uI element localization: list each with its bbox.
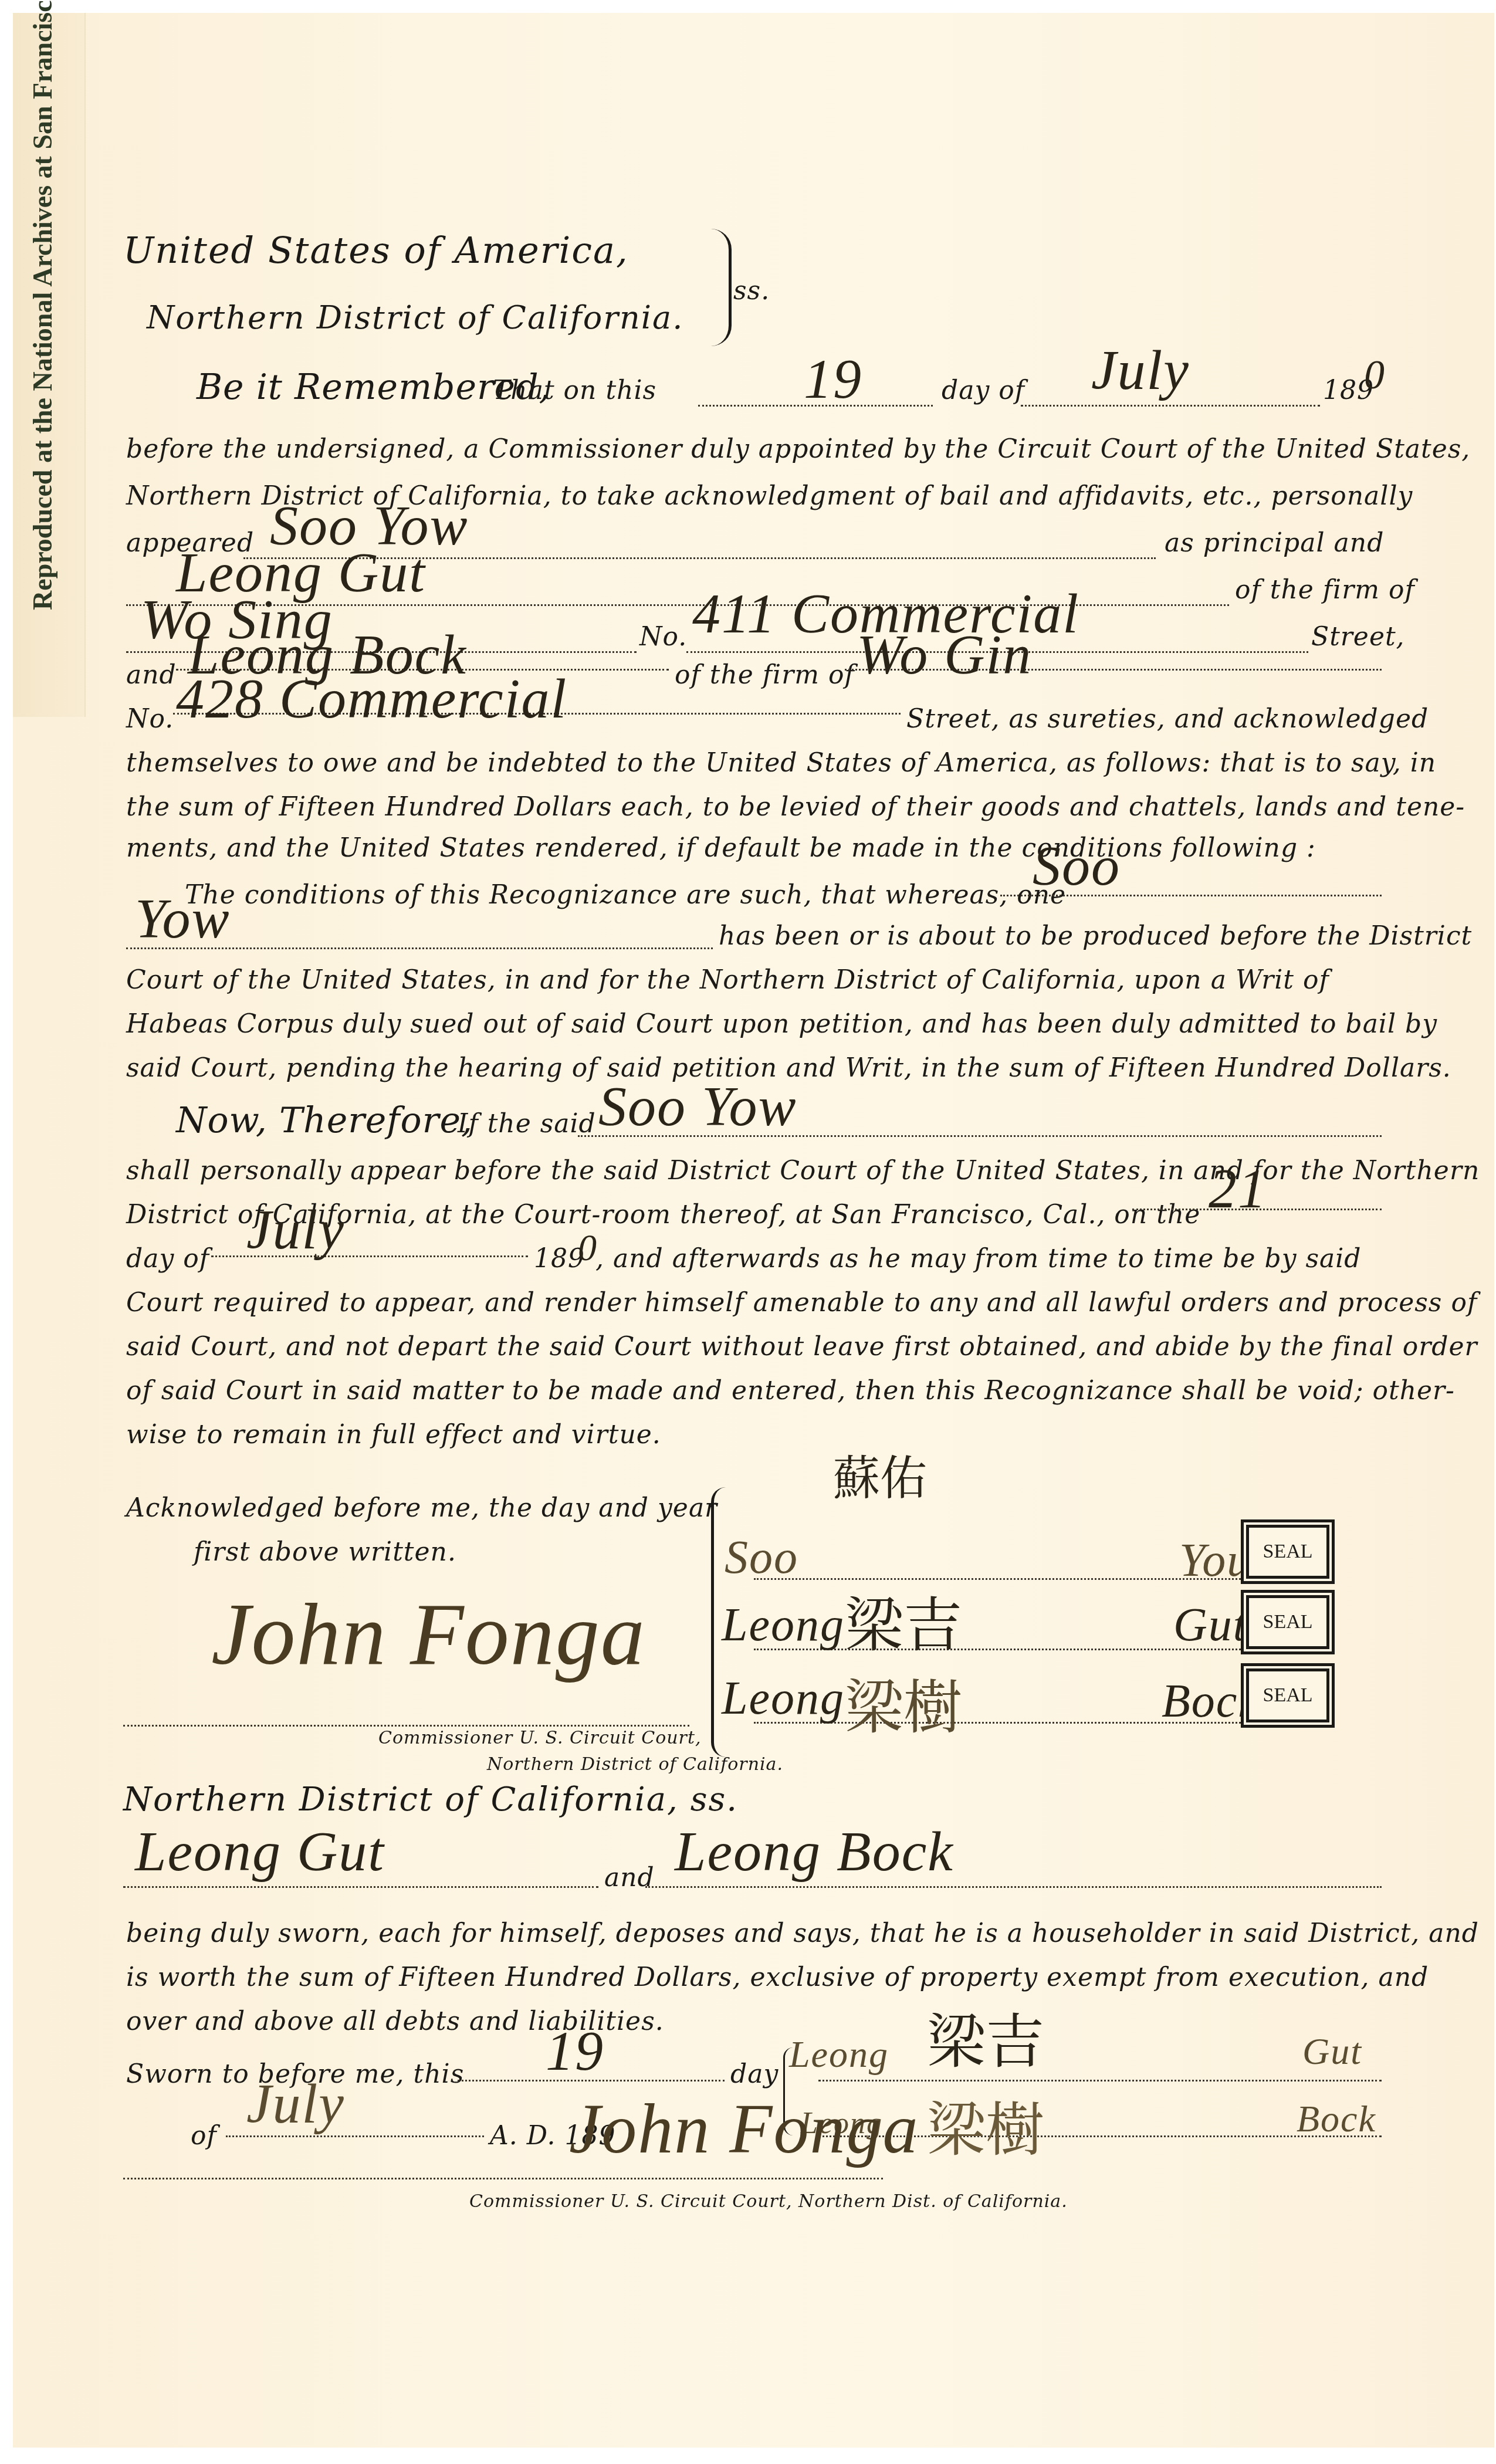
affidavit-surety1-value[interactable]: Leong Gut [135,1819,385,1884]
commissioner-title1: Commissioner U. S. Circuit Court, [378,1728,702,1748]
commissioner-signature-1[interactable]: John Fonga [211,1584,646,1685]
affidavit-sig2-right[interactable]: Bock [1297,2097,1376,2141]
affidavit-sig1-left[interactable]: Leong [789,2033,889,2076]
now-therefore-line7: of said Court in said matter to be made … [126,1376,1455,1406]
seal-2: SEAL [1241,1590,1335,1654]
day-of-label-2: day of [126,1244,209,1274]
caption-brace [711,229,732,346]
of-firm-of-label: of the firm of [1235,575,1415,605]
appearance-day-value[interactable]: 21 [1209,1156,1267,1221]
affidavit-line2: is worth the sum of Fifteen Hundred Doll… [126,1962,1429,1992]
appearance-month-value[interactable]: July [246,1197,345,1262]
affidavit-surety2-line [645,1886,1382,1888]
street-sureties-label: Street, as sureties, and acknowledged [906,704,1429,734]
signature-row-2-left[interactable]: Leong [722,1599,845,1652]
caption-line1: United States of America, [123,229,629,272]
conditions-name-value-a[interactable]: Soo [1033,833,1121,898]
affidavit-sig1-line [818,2080,1382,2081]
no-label-2: No. [126,704,174,734]
signature-row-line-1 [754,1578,1241,1580]
now-therefore-line4-rest: , and afterwards as he may from time to … [595,1244,1362,1274]
commissioner-signature-line-2 [123,2178,883,2179]
affidavit-commissioner-title: Commissioner U. S. Circuit Court, Northe… [469,2191,1068,2212]
caption-ss: ss. [733,276,770,306]
now-therefore-line6: said Court, and not depart the said Cour… [126,1332,1477,1362]
commissioner-signature-line-1 [123,1725,689,1727]
affidavit-surety1-line [123,1886,598,1888]
and-label: and [126,660,177,690]
seal-1: SEAL [1241,1519,1335,1584]
now-therefore-line5: Court required to appear, and render him… [126,1288,1477,1318]
sworn-month-value[interactable]: July [246,2071,345,2136]
sworn-day-label: day [730,2059,779,2089]
month-field-value[interactable]: July [1091,337,1190,402]
conditions-line2: has been or is about to be produced befo… [719,921,1472,951]
recognizance-line9: themselves to owe and be indebted to the… [126,748,1436,778]
year-digit-value[interactable]: 0 [1364,352,1386,399]
of-the-firm-of-label: of the firm of [675,660,855,690]
affidavit-heading: Northern District of California, ss. [123,1781,738,1819]
sworn-of-label: of [191,2121,217,2151]
archive-stamp: Reproduced at the National Archives at S… [27,0,58,610]
sworn-day-value[interactable]: 19 [546,2018,604,2083]
now-therefore-name-value[interactable]: Soo Yow [598,1074,797,1139]
acknowledgment-line1: Acknowledged before me, the day and year [126,1493,717,1523]
address2-field-value[interactable]: 428 Commercial [176,666,567,731]
conditions-line3: Court of the United States, in and for t… [126,965,1329,995]
signature-row-3-chinese: 梁樹 [845,1660,962,1745]
acknowledgment-line2: first above written. [194,1537,456,1567]
now-therefore-line8: wise to remain in full effect and virtue… [126,1420,661,1450]
signature-row-2-right[interactable]: Gut [1173,1599,1247,1652]
signature-row-3-left[interactable]: Leong [722,1672,845,1725]
street-label-1: Street, [1311,622,1405,652]
if-the-said-label: If the said [458,1109,596,1139]
recognizance-line11: ments, and the United States rendered, i… [126,833,1316,863]
affidavit-and-label: and [604,1863,655,1893]
conditions-line1: The conditions of this Recognizance are … [185,880,1066,910]
signature-row-1-left[interactable]: Soo [725,1531,798,1585]
recognizance-line10: the sum of Fifteen Hundred Dollars each,… [126,792,1465,822]
affidavit-line1: being duly sworn, each for himself, depo… [126,1918,1479,1948]
conditions-line4: Habeas Corpus duly sued out of said Cour… [126,1009,1437,1039]
now-therefore-line2: shall personally appear before the said … [126,1156,1480,1186]
recognizance-line2: before the undersigned, a Commissioner d… [126,434,1382,464]
commissioner-title2: Northern District of California. [487,1754,783,1775]
as-principal-label: as principal and [1165,528,1384,558]
day-of-label: day of [942,375,1025,405]
chinese-name-top: 蘇佑 [833,1440,927,1508]
appearance-year-prefix: 189 [534,1244,585,1274]
that-on-this-label: That on this [493,375,656,405]
day-field-value[interactable]: 19 [804,346,862,411]
affidavit-sig1-chinese: 梁吉 [927,1995,1044,2079]
firm2-field-value[interactable]: Wo Gin [857,622,1032,687]
signature-row-2-chinese: 梁吉 [845,1578,962,1663]
commissioner-signature-2[interactable]: John Fonga [569,2089,919,2169]
seal-3: SEAL [1241,1663,1335,1728]
caption-line2: Northern District of California. [147,299,683,336]
conditions-name-value-b[interactable]: Yow [135,886,231,951]
no-label-1: No. [639,622,687,652]
affidavit-sig2-chinese: 梁樹 [927,2083,1044,2167]
affidavit-surety2-value[interactable]: Leong Bock [675,1819,954,1884]
affidavit-sig1-right[interactable]: Gut [1302,2030,1362,2073]
appearance-year-digit[interactable]: 0 [578,1226,598,1270]
month-field-line [1021,405,1320,407]
now-therefore-lead: Now, Therefore, [176,1100,473,1141]
